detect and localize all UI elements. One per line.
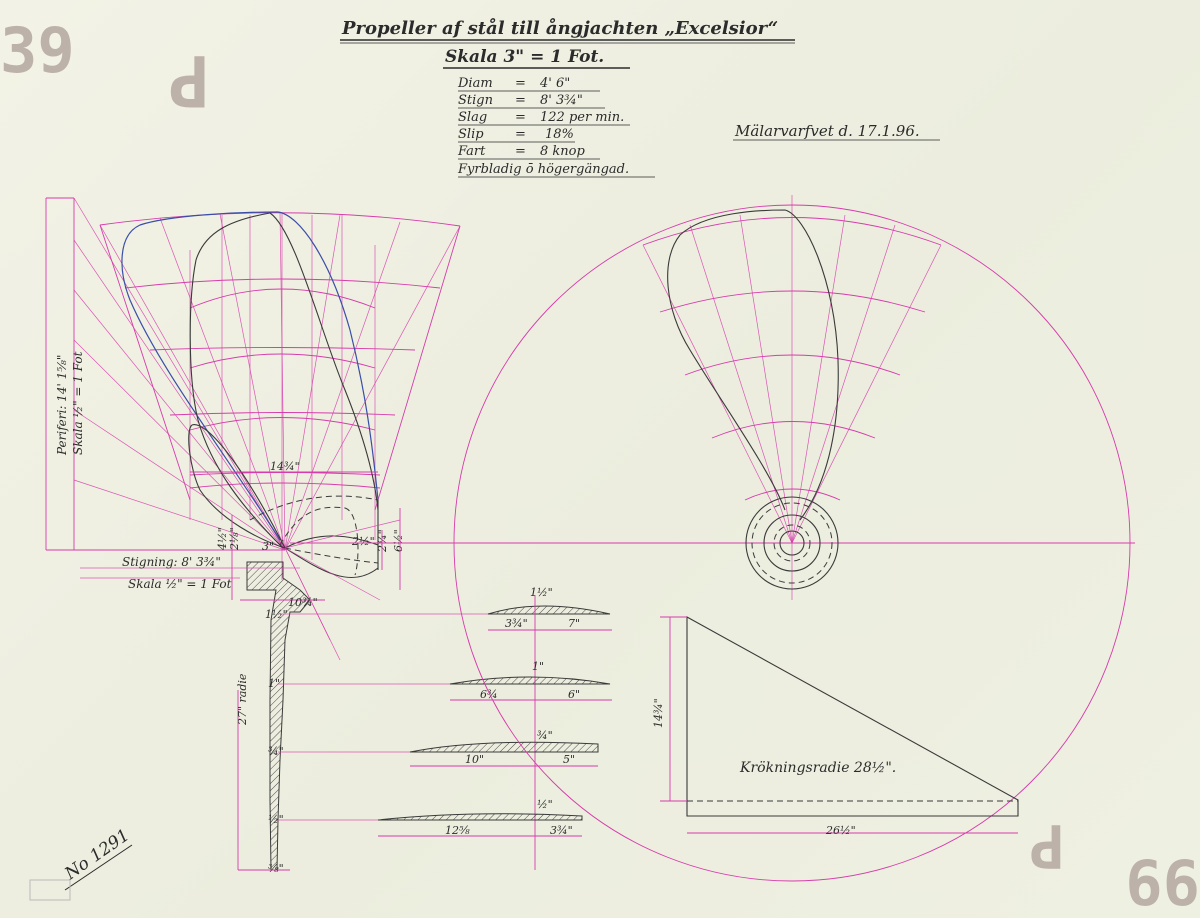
spec-value: 18% [545, 127, 574, 142]
hub-dim: 2½" [351, 535, 375, 548]
svg-text:=: = [515, 76, 526, 91]
periferi-label: Periferi: 14' 1⅝" [55, 355, 69, 456]
root-dim: 10¾" [288, 596, 318, 609]
width-dim: 14¾" [270, 460, 300, 473]
drawing-number: No 1291 [30, 825, 133, 900]
section-right: 5" [563, 753, 575, 766]
spec-value: 4' 6" [539, 76, 570, 91]
section-thickness: ½" [537, 798, 553, 811]
section-thickness: 1½" [530, 586, 553, 599]
stigning-label: Stigning: 8' 3¾" [122, 555, 221, 569]
svg-text:=: = [515, 110, 526, 125]
blade-development-grid [46, 198, 460, 580]
spec-list: Diam = 4' 6" Stign = 8' 3¾" Slag = 122 p… [457, 76, 655, 177]
thickness-mark: 1½" [265, 608, 288, 621]
thickness-mark: ⅜" [268, 862, 284, 875]
spec-value: 8 knop [540, 144, 585, 159]
section-left: 6¾ [480, 688, 498, 701]
stamp-text: 99 [1125, 845, 1200, 918]
hub-dim: 2¾" [376, 529, 389, 553]
thickness-mark: ¾" [268, 745, 284, 758]
stamp-text: 39 [0, 14, 75, 87]
hub-dim: 3" [262, 540, 274, 553]
title-main: Propeller af stål till ångjachten „Excel… [341, 16, 778, 39]
section-left: 10" [465, 753, 484, 766]
title-scale: Skala 3" = 1 Fot. [445, 47, 604, 67]
drawing-number-text: No 1291 [61, 825, 134, 884]
thickness-mark: 1" [268, 677, 280, 690]
blade-sections: 1½" 3¾" 7" 1" 6¾ 6" ¾" 10" 5" ½" 12⅝ 3¾" [378, 586, 612, 870]
stamp-text-2: P [168, 39, 210, 121]
hub-dim: 2⅛" [228, 527, 241, 551]
spec-value: 8' 3¾" [540, 93, 583, 108]
stamp-top-left: 39 P [0, 14, 210, 121]
hub-dim: 6½" [392, 529, 405, 552]
spec-note: Fyrbladig ō högergängad. [457, 162, 629, 177]
periferi-scale: Skala ½" = 1 Fot [71, 351, 85, 455]
stigning-scale: Skala ½" = 1 Fot [128, 577, 232, 591]
spec-value: 122 per min. [540, 110, 624, 125]
blade-projection-view [290, 195, 1135, 881]
spec-label: Diam [457, 76, 493, 91]
spec-label: Slag [458, 110, 487, 125]
svg-text:=: = [515, 144, 526, 159]
yard-date: Mälarvarfvet d. 17.1.96. [734, 122, 920, 140]
svg-text:=: = [515, 93, 526, 108]
section-left: 3¾" [505, 617, 528, 630]
propeller-drawing: 39 P 99 P Propeller af stål till ångjach… [0, 0, 1200, 918]
spec-label: Slip [458, 127, 484, 142]
drawing-sheet: 39 P 99 P Propeller af stål till ångjach… [0, 0, 1200, 918]
curvature-height: 14¾" [652, 698, 665, 728]
section-right: 6" [568, 688, 580, 701]
curvature-base: 26½" [825, 824, 856, 837]
svg-text:=: = [515, 127, 526, 142]
section-thickness: ¾" [537, 729, 553, 742]
stamp-text-2: P [1029, 810, 1065, 880]
radius-label: 27" radie [236, 673, 249, 726]
title-block: Propeller af stål till ångjachten „Excel… [340, 16, 795, 68]
curvature-diagram: 14¾" 26½" Krökningsradie 28½". [652, 617, 1018, 837]
curvature-label: Krökningsradie 28½". [739, 760, 896, 776]
spec-label: Stign [458, 93, 493, 108]
section-thickness: 1" [532, 660, 544, 673]
spec-label: Fart [457, 144, 486, 159]
stamp-bottom-right: 99 P [1029, 810, 1200, 918]
section-right: 7" [568, 617, 580, 630]
left-view-labels: Periferi: 14' 1⅝" Skala ½" = 1 Fot Stign… [55, 351, 405, 875]
thickness-mark: ½" [268, 813, 284, 826]
section-left: 12⅝ [445, 824, 470, 837]
section-right: 3¾" [550, 824, 573, 837]
